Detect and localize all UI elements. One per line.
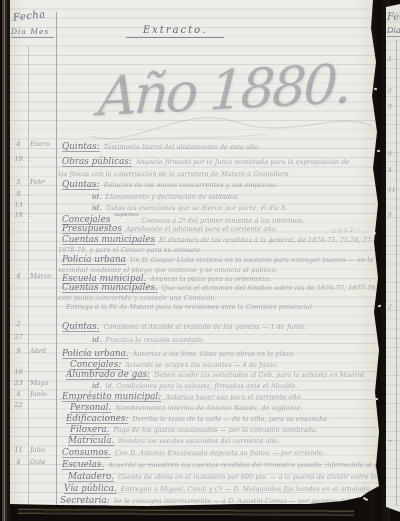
entry-heading: Quintas: bbox=[62, 142, 100, 152]
entry-day: 10 bbox=[10, 154, 27, 164]
ledger-page: Fecha Dia Mes Extracto. Año 1880. 4 Ener… bbox=[0, 0, 400, 521]
entry-day: 5 bbox=[10, 177, 27, 187]
next-page-sliver: Fecha Dia 1639411827 bbox=[386, 4, 400, 512]
entry-day: 4 bbox=[10, 389, 27, 399]
next-page-day-mark: 6 bbox=[388, 88, 392, 95]
entry-month: Junio bbox=[30, 389, 56, 399]
entry-content: Quintas.Comisiona al Alcalde el traslado… bbox=[62, 319, 378, 332]
entry-text: Nombra los vocales asociados del corrien… bbox=[118, 437, 280, 445]
entry-day: 11 bbox=[10, 445, 27, 455]
entry-text: Testimonio literal del alistamiento de e… bbox=[104, 143, 261, 151]
next-page-day-mark: 8 bbox=[388, 212, 392, 219]
entry-day: 27 bbox=[10, 332, 27, 342]
entry-text: Con D. Antonio Encabezado deposita su fi… bbox=[115, 449, 325, 457]
ledger-entry: 4 Octe Escuelas.Acuerda se muestren las … bbox=[0, 457, 400, 468]
ledger-entry: 2 Quintas.Comisiona al Alcalde el trasla… bbox=[0, 319, 400, 330]
entry-day: 9 bbox=[10, 189, 27, 199]
ledger-entry: Matrícula.Nombra los vocales asociados d… bbox=[0, 433, 400, 444]
entry-text: Anuncio firmado por la Junta nombrada pa… bbox=[136, 158, 349, 166]
entry-month: Febº bbox=[30, 177, 56, 187]
next-page-day-mark: 2 bbox=[388, 304, 392, 311]
entry-text: Entrega á la Fé de Mataró para las revis… bbox=[66, 303, 314, 311]
ledger-entry: 22 Personal.Nombramiento interino de Ant… bbox=[0, 400, 400, 411]
next-page-day-mark: 9 bbox=[388, 151, 392, 158]
entry-month: Mayo bbox=[30, 378, 56, 388]
torn-paper-speck bbox=[375, 398, 378, 400]
entry-content: id.Practica la revisión acordada. bbox=[92, 332, 378, 345]
entry-text: Entregan á Miguel, Canal y Cª — D. Melqu… bbox=[121, 485, 378, 493]
entry-month: Octe bbox=[30, 457, 56, 467]
ledger-entry: Vía pública.Entregan á Miguel, Canal y C… bbox=[0, 481, 400, 492]
next-page-day-mark: 4 bbox=[388, 167, 392, 174]
entry-superscript: suplentes bbox=[114, 212, 138, 218]
next-page-day-mark: 11 bbox=[388, 187, 396, 194]
entry-text: Se le consigna interinamente — á D. Agus… bbox=[114, 497, 378, 505]
ledger-entry: Secretaría:Se le consigna interinamente … bbox=[0, 493, 400, 504]
ledger-entry: 18 . ConcejalessuplentesConvoca á 2ª del… bbox=[0, 210, 400, 221]
entry-day: 4 bbox=[10, 457, 27, 467]
entry-content: Entrega á la Fé de Mataró para las revis… bbox=[66, 299, 378, 312]
entry-heading: Secretaría: bbox=[60, 496, 110, 506]
entry-month: . bbox=[30, 200, 56, 210]
ledger-entry: 16 Alumbrado de gas:Deben acudir las sol… bbox=[0, 367, 400, 378]
ledger-entry: Filoxera.Pago de los gastos ocasionados … bbox=[0, 422, 400, 433]
ledger-entry: Entrega á la Fé de Mataró para las revis… bbox=[0, 299, 400, 310]
ledger-entry: 4 Junio Empréstito municipal:Autoriza ha… bbox=[0, 389, 400, 400]
entry-day: 23 bbox=[10, 378, 27, 388]
ledger-entry: 9 . id.Llamamiento y declaración de sold… bbox=[0, 189, 400, 200]
ledger-entry: Matadero.Cuenta de obras en el matadero … bbox=[0, 469, 400, 480]
entry-text: Practica la revisión acordada. bbox=[106, 336, 206, 344]
entry-month: Abril bbox=[30, 346, 56, 356]
next-page-header-subtitle: Dia bbox=[387, 26, 400, 37]
next-page-day-mark: 3 bbox=[388, 104, 392, 111]
ledger-entry: 27 . id.Practica la revisión acordada. bbox=[0, 332, 400, 343]
entry-day: 18 bbox=[10, 210, 27, 220]
entry-month: . bbox=[30, 189, 56, 199]
ledger-entry: 9 Abril Policía urbana.Autoriza á los Sr… bbox=[0, 346, 400, 357]
ledger-photo: Fecha Dia 1639411827 Fecha Dia Mes Extra… bbox=[0, 0, 400, 521]
next-page-margin-line bbox=[396, 40, 397, 506]
entry-day: 9 bbox=[10, 346, 27, 356]
entry-text: Comisiona al Alcalde el traslado de los … bbox=[103, 323, 306, 331]
entry-text: Cuenta de obras en el matadero por 600 p… bbox=[118, 473, 378, 481]
entry-month: . bbox=[30, 332, 56, 342]
ledger-entry: 5 Febº Quintas:Relación de los mozos con… bbox=[0, 177, 400, 188]
entry-month: Enero bbox=[30, 139, 56, 149]
entry-content: Quintas:Testimonio literal del alistamie… bbox=[62, 139, 378, 152]
ledger-entry: 4 Enero Quintas:Testimonio literal del a… bbox=[0, 139, 400, 150]
ledger-entry: las fincas con la construcción de la car… bbox=[0, 166, 400, 177]
entry-day: 16 bbox=[10, 367, 27, 377]
entry-text: Relación de los mozos concurrentes y sus… bbox=[104, 181, 278, 189]
entry-day: 4 bbox=[10, 139, 27, 149]
entry-day: 2 bbox=[10, 319, 27, 329]
ledger-entry: 11 Julio Consumos.Con D. Antonio Encabez… bbox=[0, 445, 400, 456]
ledger-entry: 23 Mayo id.id. Condiciones para la subas… bbox=[0, 378, 400, 389]
ledger-entry: 10 . Obras públicas:Anuncio firmado por … bbox=[0, 154, 400, 165]
next-page-day-mark: 7 bbox=[388, 440, 392, 447]
entry-heading: id. bbox=[92, 335, 102, 344]
next-page-header-title: Fecha bbox=[387, 12, 400, 23]
ledger-entry: Edificaciones:Derriba la tapia de la cal… bbox=[0, 411, 400, 422]
entry-text: Acuerda se muestren las cuentas rendidas… bbox=[108, 461, 378, 469]
entry-month: . bbox=[30, 154, 56, 164]
entry-day: 22 bbox=[10, 400, 27, 410]
next-page-day-mark: 1 bbox=[388, 56, 392, 63]
entry-month: Julio bbox=[30, 445, 56, 455]
book-fore-edge bbox=[18, 508, 354, 516]
entry-content: Secretaría:Se le consigna interinamente … bbox=[60, 493, 378, 506]
entries-layer: 4 Enero Quintas:Testimonio literal del a… bbox=[0, 0, 400, 521]
entry-heading: Quintas. bbox=[62, 322, 99, 332]
entry-day: 13 bbox=[10, 200, 27, 210]
entry-month: . bbox=[30, 210, 56, 220]
